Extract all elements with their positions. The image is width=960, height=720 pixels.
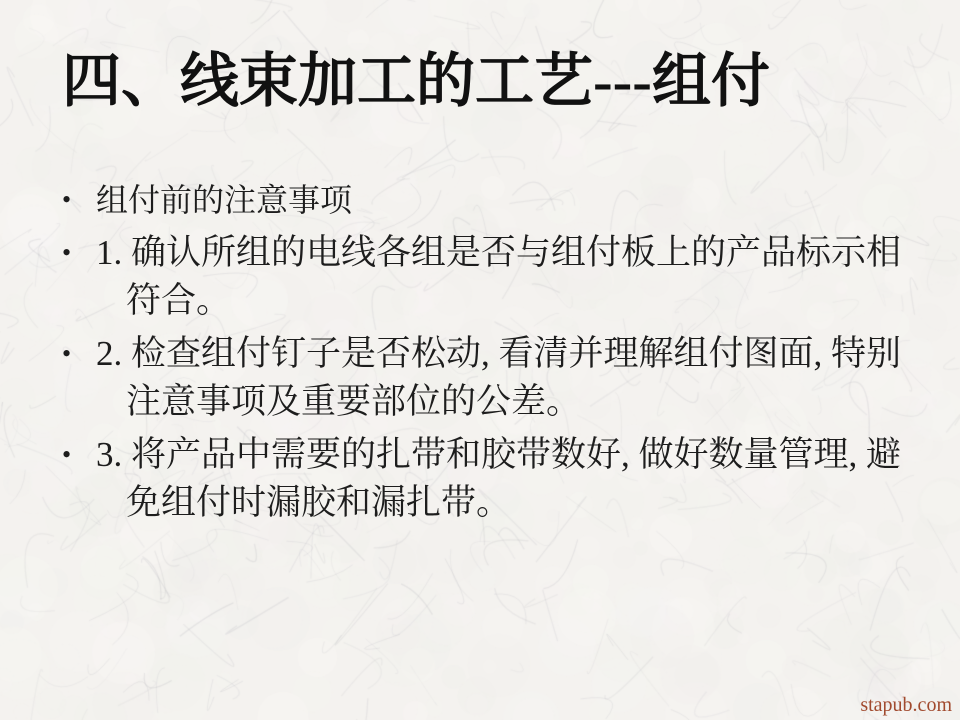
bullet-text: 组付前的注意事项 <box>96 176 916 224</box>
bullet-icon: • <box>62 330 96 378</box>
list-item: • 1. 确认所组的电线各组是否与组付板上的产品标示相符合。 <box>62 229 960 325</box>
bullet-icon: • <box>62 431 96 479</box>
bullet-list: • 组付前的注意事项 • 1. 确认所组的电线各组是否与组付板上的产品标示相符合… <box>62 176 960 527</box>
list-item: • 3. 将产品中需要的扎带和胶带数好, 做好数量管理, 避免组付时漏胶和漏扎带… <box>62 431 960 527</box>
slide: 四、线束加工的工艺---组付 • 组付前的注意事项 • 1. 确认所组的电线各组… <box>0 0 960 720</box>
list-item: • 组付前的注意事项 <box>62 176 960 224</box>
bullet-icon: • <box>62 229 96 277</box>
bullet-text: 2. 检查组付钉子是否松动, 看清并理解组付图面, 特别注意事项及重要部位的公差… <box>96 330 916 426</box>
list-item: • 2. 检查组付钉子是否松动, 看清并理解组付图面, 特别注意事项及重要部位的… <box>62 330 960 426</box>
slide-content: 四、线束加工的工艺---组付 • 组付前的注意事项 • 1. 确认所组的电线各组… <box>0 0 960 720</box>
bullet-text: 1. 确认所组的电线各组是否与组付板上的产品标示相符合。 <box>96 229 916 325</box>
bullet-icon: • <box>62 176 96 224</box>
watermark: stapub.com <box>860 694 952 717</box>
slide-title: 四、线束加工的工艺---组付 <box>62 48 930 116</box>
bullet-text: 3. 将产品中需要的扎带和胶带数好, 做好数量管理, 避免组付时漏胶和漏扎带。 <box>96 431 916 527</box>
